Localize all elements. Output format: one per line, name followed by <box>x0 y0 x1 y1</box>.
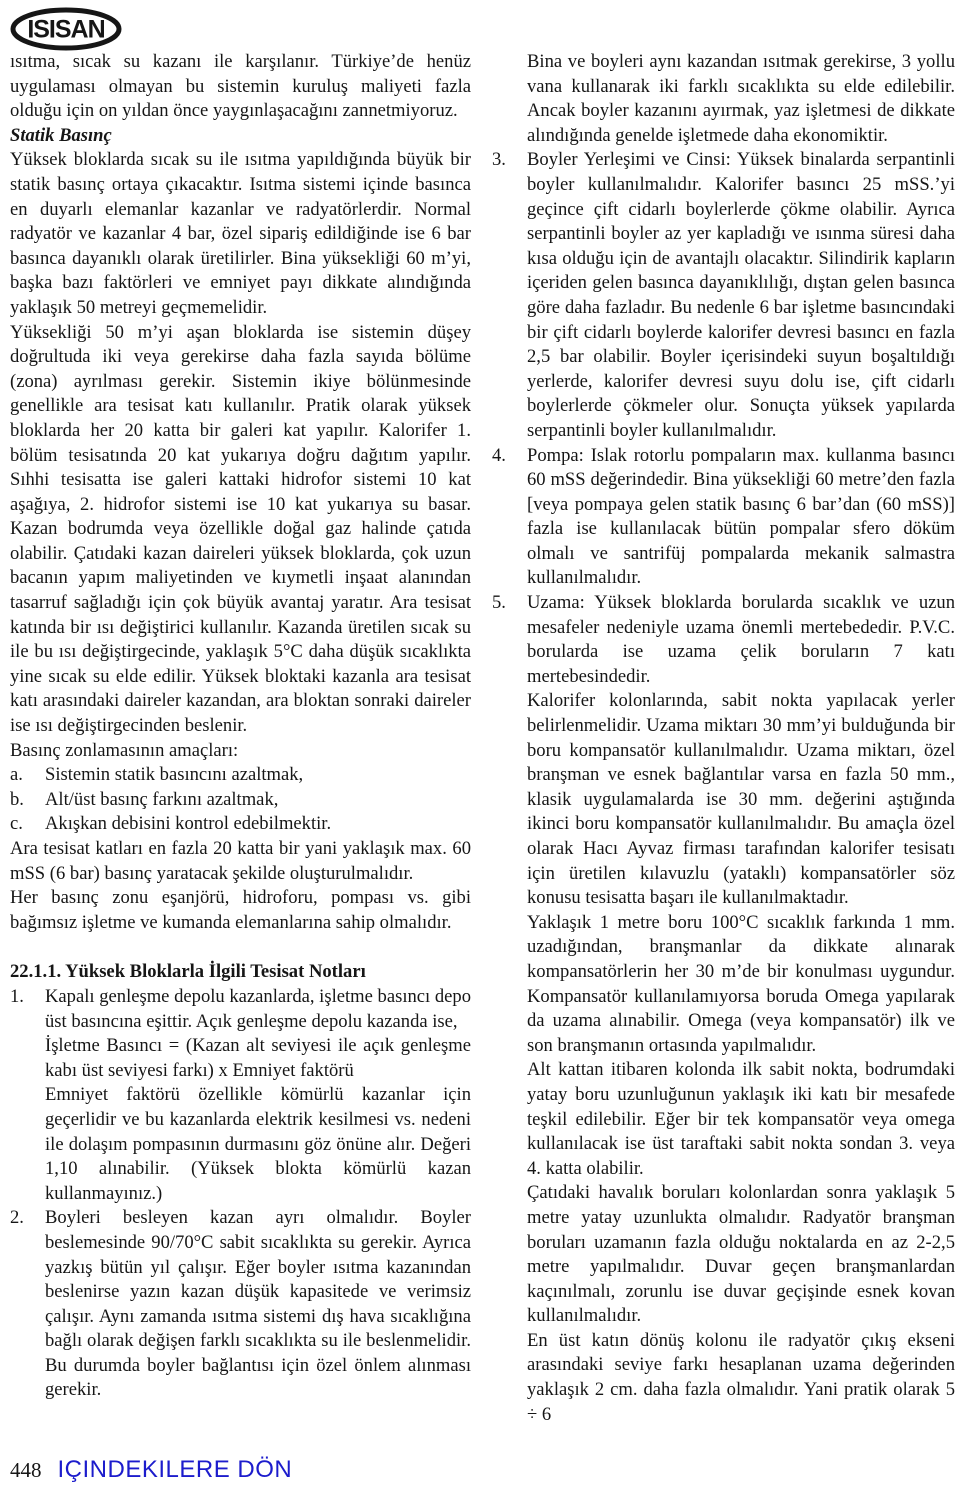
list-item-body: Sistemin statik basıncını azaltmak, <box>45 763 471 788</box>
isisan-logo-text: ISISAN <box>27 16 104 44</box>
paragraph: Akışkan debisini kontrol edebilmektir. <box>45 812 471 837</box>
list-marker <box>492 50 527 148</box>
paragraph: Pompa: Islak rotorlu pompaların max. kul… <box>527 444 955 592</box>
page-number: 448 <box>10 1458 42 1483</box>
paragraph: Her basınç zonu eşanjörü, hidroforu, pom… <box>10 886 471 935</box>
paragraph: Basınç zonlamasının amaçları: <box>10 739 471 764</box>
paragraph: Çatıdaki havalık boruları kolonlardan so… <box>527 1181 955 1329</box>
list-item: Bina ve boyleri aynı kazandan ısıtmak ge… <box>492 50 955 148</box>
section-heading: 22.1.1. Yüksek Bloklarla İlgili Tesisat … <box>10 960 471 985</box>
paragraph: Sistemin statik basıncını azaltmak, <box>45 763 471 788</box>
list-marker: 5. <box>492 591 527 1427</box>
left-column: ısıtma, sıcak su kazanı ile karşılanır. … <box>10 50 471 1403</box>
paragraph: Yüksek bloklarda sıcak su ile ısıtma yap… <box>10 148 471 320</box>
list-item: 2.Boyleri besleyen kazan ayrı olmalıdır.… <box>10 1206 471 1403</box>
list-item-body: Boyleri besleyen kazan ayrı olmalıdır. B… <box>45 1206 471 1403</box>
paragraph: Kalorifer kolonlarında, sabit nokta yapı… <box>527 689 955 910</box>
paragraph: İşletme Basıncı = (Kazan alt seviyesi il… <box>45 1034 471 1083</box>
list-marker: 2. <box>10 1206 45 1403</box>
paragraph: En üst katın dönüş kolonu ile radyatör ç… <box>527 1329 955 1427</box>
paragraph: Alt kattan itibaren kolonda ilk sabit no… <box>527 1058 955 1181</box>
list-marker: a. <box>10 763 45 788</box>
paragraph: Yaklaşık 1 metre boru 100°C sıcaklık far… <box>527 911 955 1059</box>
list-marker: 4. <box>492 444 527 592</box>
paragraph: Boyler Yerleşimi ve Cinsi: Yüksek binala… <box>527 148 955 443</box>
paragraph: Kapalı genleşme depolu kazanlarda, işlet… <box>45 985 471 1034</box>
list-marker: c. <box>10 812 45 837</box>
list-item: a.Sistemin statik basıncını azaltmak, <box>10 763 471 788</box>
list-item-body: Akışkan debisini kontrol edebilmektir. <box>45 812 471 837</box>
list-marker: b. <box>10 788 45 813</box>
list-item-body: Uzama: Yüksek bloklarda borularda sıcakl… <box>527 591 955 1427</box>
right-column: Bina ve boyleri aynı kazandan ısıtmak ge… <box>492 50 955 1427</box>
page-footer: 448 IÇINDEKILERE DÖN <box>10 1456 292 1484</box>
paragraph: Uzama: Yüksek bloklarda borularda sıcakl… <box>527 591 955 689</box>
list-item-body: Pompa: Islak rotorlu pompaların max. kul… <box>527 444 955 592</box>
list-item: 5.Uzama: Yüksek bloklarda borularda sıca… <box>492 591 955 1427</box>
list-item: 4.Pompa: Islak rotorlu pompaların max. k… <box>492 444 955 592</box>
paragraph: Boyleri besleyen kazan ayrı olmalıdır. B… <box>45 1206 471 1403</box>
list-item: b.Alt/üst basınç farkını azaltmak, <box>10 788 471 813</box>
list-marker: 1. <box>10 985 45 1206</box>
list-item: 3.Boyler Yerleşimi ve Cinsi: Yüksek bina… <box>492 148 955 443</box>
list-marker: 3. <box>492 148 527 443</box>
paragraph: ısıtma, sıcak su kazanı ile karşılanır. … <box>10 50 471 124</box>
list-item: c.Akışkan debisini kontrol edebilmektir. <box>10 812 471 837</box>
list-item-body: Bina ve boyleri aynı kazandan ısıtmak ge… <box>527 50 955 148</box>
list-item-body: Alt/üst basınç farkını azaltmak, <box>45 788 471 813</box>
paragraph: Ara tesisat katları en fazla 20 katta bi… <box>10 837 471 886</box>
paragraph: Alt/üst basınç farkını azaltmak, <box>45 788 471 813</box>
toc-link[interactable]: IÇINDEKILERE DÖN <box>58 1456 293 1484</box>
list-item: 1.Kapalı genleşme depolu kazanlarda, işl… <box>10 985 471 1206</box>
paragraph: Bina ve boyleri aynı kazandan ısıtmak ge… <box>527 50 955 148</box>
list-item-body: Kapalı genleşme depolu kazanlarda, işlet… <box>45 985 471 1206</box>
document-page: ISISAN ısıtma, sıcak su kazanı ile karşı… <box>0 0 960 1497</box>
paragraph: Yüksekliği 50 m’yi aşan bloklarda ise si… <box>10 321 471 739</box>
list-item-body: Boyler Yerleşimi ve Cinsi: Yüksek binala… <box>527 148 955 443</box>
isisan-logo-graphic: ISISAN <box>8 6 126 52</box>
paragraph: Emniyet faktörü özellikle kömürlü kazanl… <box>45 1083 471 1206</box>
subsection-heading: Statik Basınç <box>10 124 471 149</box>
